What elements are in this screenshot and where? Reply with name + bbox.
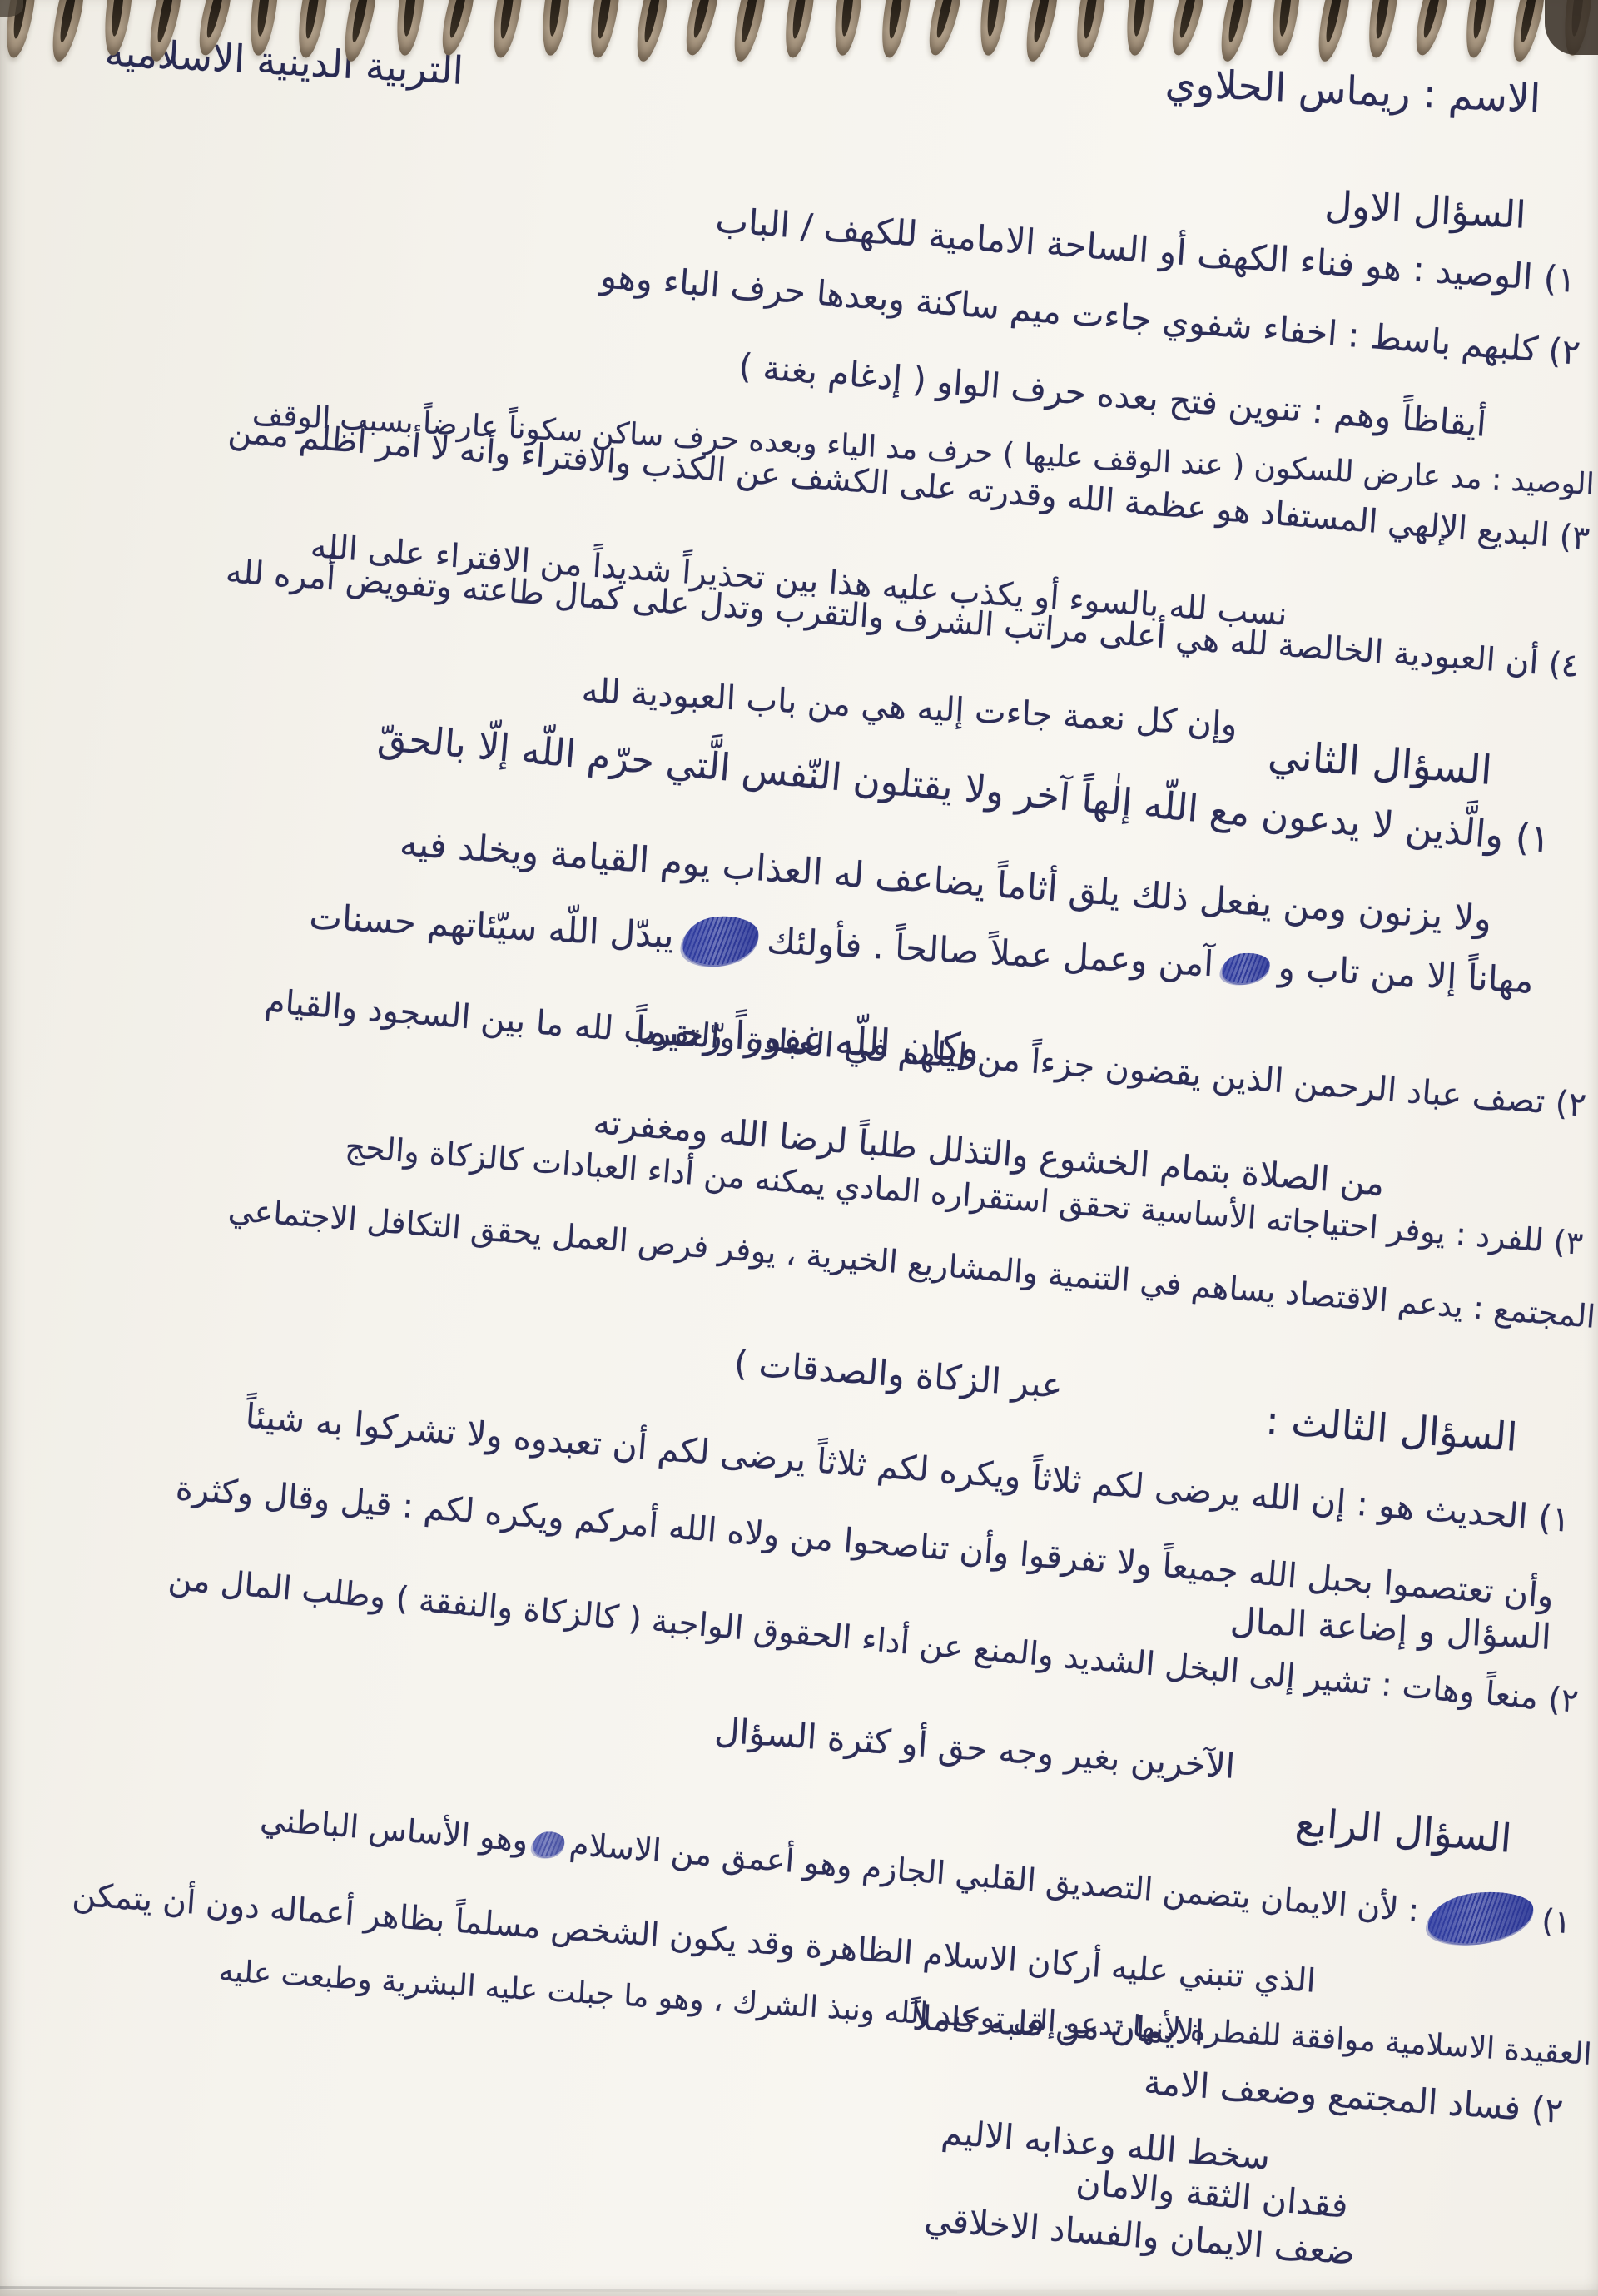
spiral-ring-icon [728, 0, 770, 64]
q2-verse-line3-part1: مهاناً إلا من تاب و [1278, 947, 1535, 1001]
spiral-ring-icon [436, 0, 479, 58]
spiral-ring-icon [1507, 0, 1549, 64]
spiral-ring-icon [877, 0, 915, 60]
spiral-ring-icon [1313, 0, 1354, 64]
crossed-out-word-scribble [1221, 952, 1271, 985]
q3-answer2-line2: الآخرين بغير وجه حق أو كثرة السؤال [713, 1710, 1236, 1787]
crossed-out-word-scribble [681, 914, 761, 967]
spiral-ring-icon [1462, 0, 1499, 60]
spiral-ring-icon [780, 0, 817, 60]
crossed-out-word-scribble [1425, 1887, 1536, 1947]
spiral-ring-icon [47, 0, 89, 64]
spiral-ring-icon [976, 0, 1011, 57]
q4-answer1-line1-part1: : لأن الايمان يتضمن التصديق القلبي الجاز… [568, 1826, 1421, 1929]
q2-answer2-line1: ٢) تصف عباد الرحمن الذين يقضون جزءاً من … [264, 982, 1588, 1125]
spiral-ring-icon [631, 0, 672, 64]
student-name: الاسم : ريماس الحلاوي [1164, 60, 1541, 122]
spiral-ring-icon [1215, 0, 1257, 64]
q2-verse-line3-part3: يبدّل اللّه سيّئاتهم حسنات [309, 896, 676, 956]
spiral-ring-icon [680, 0, 723, 58]
spiral-ring-icon [1410, 0, 1453, 58]
question-2-heading: السؤال الثاني [1266, 732, 1493, 794]
q4-answer1-number: ١) [1541, 1902, 1573, 1941]
question-4-heading: السؤال الرابع [1293, 1800, 1513, 1862]
question-3-heading: السؤال الثالث : [1264, 1398, 1519, 1461]
q4-answer1-line1-part2: وهو الأساس الباطني [259, 1802, 529, 1859]
spiral-ring-icon [393, 0, 428, 57]
notebook-page: التربية الدينية الاسلامية الاسم : ريماس … [0, 0, 1598, 2296]
spiral-ring-icon [340, 0, 381, 64]
spiral-ring-icon [923, 0, 966, 58]
spiral-ring-icon [586, 0, 623, 60]
question-1-heading: السؤال الاول [1324, 182, 1527, 237]
spiral-ring-icon [1072, 0, 1109, 60]
spiral-ring-icon [831, 0, 866, 57]
spiral-ring-icon [538, 0, 573, 57]
q2-verse-line3-part2: آمن وعمل عملاً صالحاً . فأولئك [766, 920, 1214, 984]
spiral-ring-icon [101, 0, 136, 57]
spiral-ring-icon [1166, 0, 1209, 58]
ink-smudge-scribble [533, 1831, 565, 1857]
spiral-ring-icon [246, 0, 281, 57]
spiral-ring-icon [1123, 0, 1158, 57]
q1-answer4-line2: وإن كل نعمة جاءت إليه هي من باب العبودية… [581, 672, 1238, 744]
q2-answer3-line3: عبر الزكاة والصدقات ) [732, 1342, 1064, 1405]
q4-answer2-line1: ٢) فساد المجتمع وضعف الامة [1143, 2062, 1565, 2131]
page-bottom-edge [0, 2290, 1598, 2296]
spiral-ring-icon [1364, 0, 1402, 60]
spiral-ring-icon [489, 0, 526, 60]
spiral-ring-icon [1268, 0, 1303, 57]
spiral-ring-icon [193, 0, 236, 58]
spiral-ring-icon [294, 0, 331, 60]
spiral-binding [0, 0, 1598, 58]
spiral-ring-icon [145, 0, 186, 64]
spiral-ring-icon [1020, 0, 1062, 64]
